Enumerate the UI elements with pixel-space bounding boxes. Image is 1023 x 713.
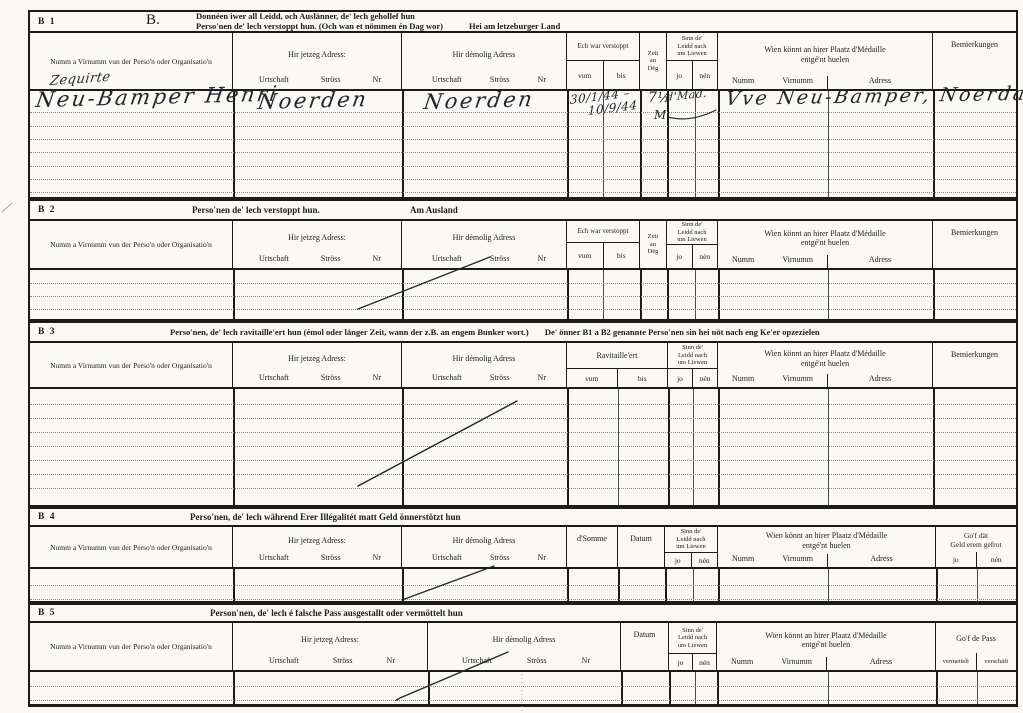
col-header-name: Numm a Virnumm vun der Perso'n oder Orga… bbox=[30, 527, 233, 567]
column-rule bbox=[603, 270, 604, 319]
column-rule bbox=[402, 91, 404, 197]
scanned-form-page: B 1 B. Donnéen iwer all Leidd, och Auslä… bbox=[0, 0, 1023, 713]
section-label: B 4 bbox=[38, 512, 56, 522]
row-rule bbox=[30, 152, 1016, 153]
col-header-demolig-adress: Hir démolig Adress Urtschaft Ströss Nr bbox=[402, 527, 567, 567]
section-label: B 1 bbox=[38, 17, 56, 27]
col-header-gof-dat-geld: Go'f dät Geld erem gefrot jo nén bbox=[936, 527, 1016, 567]
row-rule bbox=[30, 686, 1016, 687]
col-header-dsomme: d'Somme bbox=[567, 527, 618, 567]
col-header-demolig-adress: Hir démolig Adress Urtschaft Ströss Nr bbox=[402, 343, 567, 387]
col-header-datum: Datum bbox=[618, 527, 665, 567]
row-rule bbox=[30, 474, 1016, 475]
row-rule bbox=[30, 309, 1016, 310]
column-rule bbox=[667, 91, 669, 197]
row-rule bbox=[30, 112, 1016, 113]
row-rule bbox=[30, 404, 1016, 405]
section-b5-titlebar: B 5 Person'nen, de' lech é falsche Pass … bbox=[30, 605, 1016, 623]
title-line2b: Hei am letzeburger Land bbox=[469, 22, 560, 32]
margin-mark bbox=[2, 203, 12, 212]
b1-column-headers: Numm a Virnumm vun der Perso'n oder Orga… bbox=[30, 33, 1016, 91]
col-header-bemierkungen: Bemierkungen bbox=[933, 33, 1016, 89]
sub-virnumm: Virnumm bbox=[782, 76, 813, 85]
row-rule bbox=[30, 139, 1016, 140]
col-header-jetzeg-adress: Hir jetzeg Adress: Urtschaft Ströss Nr bbox=[233, 527, 402, 567]
row-rule bbox=[30, 488, 1016, 489]
section-b2-titlebar: B 2 Perso'nen de' lech verstoppt hun. Am… bbox=[30, 201, 1016, 221]
sub-nen: nén bbox=[693, 61, 718, 89]
column-rule bbox=[933, 91, 935, 197]
sub-nr: Nr bbox=[373, 75, 381, 84]
sub-nr: Nr bbox=[538, 75, 546, 84]
col-header-demolig-adress: Hir démolig Adress Urtschaft Ströss Nr bbox=[402, 221, 567, 268]
b5-table-body bbox=[30, 672, 1016, 704]
col-header-name: Numm a Virnumm vun der Perso'n oder Orga… bbox=[30, 343, 233, 387]
b3-table-body bbox=[30, 389, 1016, 505]
section-title: Person'nen, de' lech é falsche Pass ausg… bbox=[210, 608, 463, 618]
column-rule bbox=[828, 270, 829, 319]
row-rule bbox=[30, 432, 1016, 433]
handwritten-zeit-unit: M bbox=[654, 108, 667, 122]
sub-jo: jo bbox=[667, 61, 693, 89]
b4-column-headers: Numm a Virnumm vun der Perso'n oder Orga… bbox=[30, 527, 1016, 569]
section-b3: B 3 Perso'nen, de' lech ravitaille'ert h… bbox=[28, 321, 1018, 507]
sub-urtschaft: Urtschaft bbox=[432, 75, 462, 84]
row-rule bbox=[30, 179, 1016, 180]
col-header-name: Numm a Virnumm vun der Perso'n oder Orga… bbox=[30, 221, 233, 268]
col-header-medaille: Wien könnt an hirer Plaatz d'Médaille en… bbox=[718, 221, 933, 268]
col-header-demolig-adress: Hir démolig Adress Urtschaft Ströss Nr bbox=[402, 33, 567, 89]
sub-stross: Ströss bbox=[321, 75, 341, 84]
sub-stross: Ströss bbox=[490, 75, 510, 84]
column-rule bbox=[640, 270, 642, 319]
row-rule bbox=[30, 446, 1016, 447]
section-b3-titlebar: B 3 Perso'nen, de' lech ravitaille'ert h… bbox=[30, 323, 1016, 343]
section-b4-titlebar: B 4 Perso'nen, de' lech während Erer Ill… bbox=[30, 509, 1016, 527]
section-title: Perso'nen de' lech verstoppt hun. bbox=[192, 205, 320, 215]
col-header-bemierkungen: Bemierkungen bbox=[933, 343, 1016, 387]
row-rule bbox=[30, 599, 1016, 600]
section-subtitle: Am Ausland bbox=[410, 205, 458, 215]
row-rule bbox=[30, 126, 1016, 127]
column-rule bbox=[718, 91, 720, 197]
col-header-medaille: Wien könnt an hirer Plaatz d'Médaille en… bbox=[718, 343, 933, 387]
section-label: B 3 bbox=[38, 327, 56, 337]
col-header-jetzeg-adress: Hir jetzeg Adress: Urtschaft Ströss Nr bbox=[233, 623, 428, 670]
title-line2: Perso'nen de' lech verstoppt hun. (Och w… bbox=[196, 22, 443, 32]
col-header-ech-war-verstoppt: Ech war verstoppt vum bis bbox=[567, 221, 640, 268]
section-title: Donnéen iwer all Leidd, och Auslänner, d… bbox=[196, 12, 560, 31]
sub-numm: Numm bbox=[732, 76, 754, 85]
column-rule bbox=[640, 91, 642, 197]
column-rule bbox=[567, 270, 569, 319]
col-header-demolig-adress: Hir démolig Adress Urtschaft Ströss Nr bbox=[428, 623, 621, 670]
sub-vum: vum bbox=[567, 61, 604, 89]
row-rule bbox=[30, 585, 1016, 586]
col-header-zeit-an-deg: Zeit an Dëg bbox=[640, 221, 667, 268]
col-header-sinn-um-liewen: Sinn de' Leidd nach um Liewen jo nén bbox=[667, 221, 718, 268]
section-label: B 5 bbox=[38, 608, 56, 618]
b2-column-headers: Numm a Virnumm vun der Perso'n oder Orga… bbox=[30, 221, 1016, 270]
column-rule bbox=[233, 91, 235, 197]
section-b4: B 4 Perso'nen, de' lech während Erer Ill… bbox=[28, 507, 1018, 603]
sub-vermettelt: vermettelt bbox=[936, 653, 977, 670]
row-rule bbox=[30, 418, 1016, 419]
row-rule bbox=[30, 166, 1016, 167]
b3-column-headers: Numm a Virnumm vun der Perso'n oder Orga… bbox=[30, 343, 1016, 389]
row-rule bbox=[30, 700, 1016, 701]
section-label: B 2 bbox=[38, 205, 56, 215]
row-rule bbox=[30, 283, 1016, 284]
column-rule bbox=[233, 270, 235, 319]
column-rule bbox=[567, 91, 569, 197]
col-header-bemierkungen: Bemierkungen bbox=[933, 221, 1016, 268]
b2-table-body bbox=[30, 270, 1016, 319]
col-header-name: Numm a Virnumm vun der Perso'n oder Orga… bbox=[30, 623, 233, 670]
section-title: Perso'nen, de' lech während Erer Illégal… bbox=[190, 512, 460, 522]
col-header-sinn-um-liewen: Sinn de' Leidd nach um Liewen jo nén bbox=[668, 343, 718, 387]
col-header-ech-war-verstoppt: Ech war verstoppt vum bis bbox=[567, 33, 640, 89]
col-header-jetzeg-adress: Hir jetzeg Adress: Urtschaft Ströss Nr bbox=[233, 343, 402, 387]
col-header-gof-de-pass: Go'f de Pass vermettelt verschäft bbox=[936, 623, 1016, 670]
column-rule bbox=[402, 270, 404, 319]
column-rule bbox=[718, 270, 720, 319]
section-letter: B. bbox=[146, 12, 160, 29]
column-rule bbox=[667, 270, 669, 319]
row-rule bbox=[30, 192, 1016, 193]
column-rule bbox=[695, 270, 696, 319]
b4-table-body bbox=[30, 569, 1016, 601]
row-rule bbox=[30, 296, 1016, 297]
col-header-datum: Datum bbox=[621, 623, 669, 670]
section-b1-titlebar: B 1 B. Donnéen iwer all Leidd, och Auslä… bbox=[30, 12, 1016, 33]
col-header-sinn-um-liewen: Sinn de' Leidd nach um Liewen jo nén bbox=[669, 623, 717, 670]
section-b2: B 2 Perso'nen de' lech verstoppt hun. Am… bbox=[28, 199, 1018, 321]
col-header-medaille: Wien könnt an hirer Plaatz d'Médaille en… bbox=[718, 527, 936, 567]
col-header-jetzeg-adress: Hir jetzeg Adress: Urtschaft Ströss Nr bbox=[233, 221, 402, 268]
sub-bis: bis bbox=[604, 61, 640, 89]
section-b5: B 5 Person'nen, de' lech é falsche Pass … bbox=[28, 603, 1018, 707]
handwritten-demolig-urtschaft: Noerden bbox=[422, 87, 536, 114]
sub-verschaft: verschäft bbox=[977, 653, 1017, 670]
col-header-ravitailleert: Ravitaille'ert vum bis bbox=[567, 343, 668, 387]
col-header-sinn-um-liewen: Sinn de' Leidd nach um Liewen jo nén bbox=[667, 33, 718, 89]
b5-column-headers: Numm a Virnumm vun der Perso'n oder Orga… bbox=[30, 623, 1016, 672]
col-header-sinn-um-liewen: Sinn de' Leidd nach um Liewen jo nén bbox=[665, 527, 718, 567]
column-rule bbox=[695, 91, 696, 197]
section-title-note: De' önner B1 a B2 genannte Perso'nen sin… bbox=[545, 327, 820, 337]
col-header-zeit-an-deg: Zeit an Dëg bbox=[640, 33, 667, 89]
col-header-medaille: Wien könnt an hirer Plaatz d'Médaille en… bbox=[718, 33, 933, 89]
row-rule bbox=[30, 460, 1016, 461]
col-header-medaille: Wien könnt an hirer Plaatz d'Médaille en… bbox=[717, 623, 936, 670]
section-title: Perso'nen, de' lech ravitaille'ert hun (… bbox=[170, 327, 820, 337]
column-rule bbox=[933, 270, 935, 319]
handwritten-jetzeg-urtschaft: Noerden bbox=[256, 87, 370, 114]
col-header-jetzeg-adress: Hir jetzeg Adress: Urtschaft Ströss Nr bbox=[233, 33, 402, 89]
